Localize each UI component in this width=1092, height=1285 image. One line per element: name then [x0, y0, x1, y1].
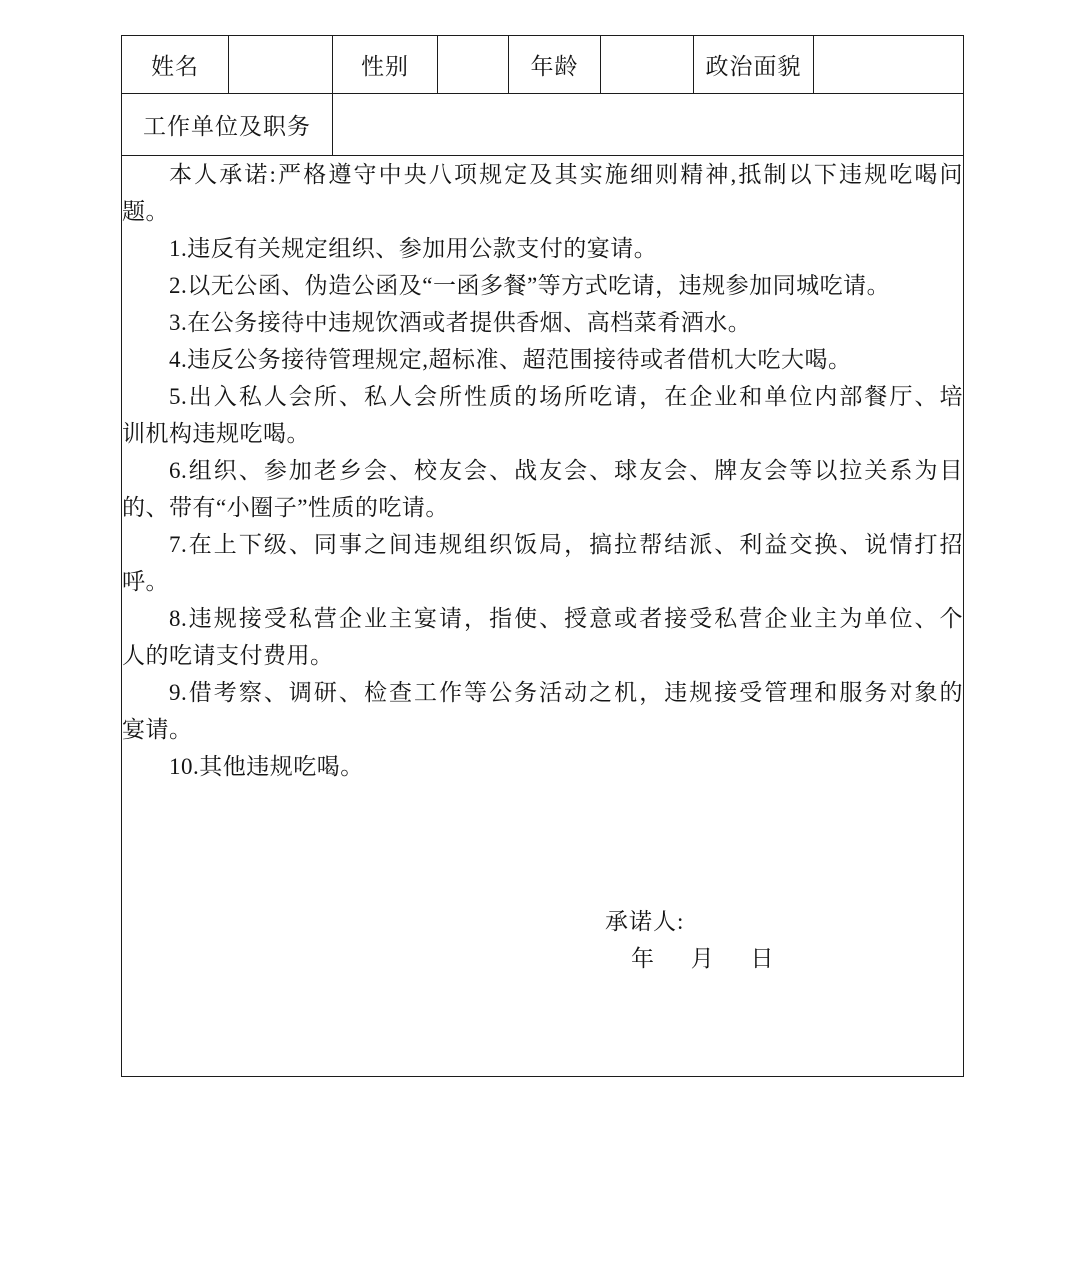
commitment-line: 本人承诺:严格遵守中央八项规定及其实施细则精神,抵制以下违规吃喝问	[122, 156, 963, 193]
commitment-line: 5.出入私人会所、私人会所性质的场所吃请，在企业和单位内部餐厅、培	[122, 378, 963, 415]
commitment-line: 2.以无公函、伪造公函及“一函多餐”等方式吃请，违规参加同城吃请。	[122, 267, 963, 304]
commitment-line: 训机构违规吃喝。	[122, 415, 963, 452]
age-label: 年龄	[509, 36, 601, 94]
gender-label: 性别	[333, 36, 438, 94]
info-table: 姓名 性别 年龄 政治面貌 工作单位及职务 本人承诺:严格遵守中央八项规定及其实…	[121, 35, 964, 1077]
commitment-line: 题。	[122, 193, 963, 230]
commitment-body-cell: 本人承诺:严格遵守中央八项规定及其实施细则精神,抵制以下违规吃喝问题。1.违反有…	[122, 156, 964, 1077]
political-status-label: 政治面貌	[694, 36, 814, 94]
commitment-line: 9.借考察、调研、检查工作等公务活动之机，违规接受管理和服务对象的	[122, 674, 963, 711]
work-unit-value-field[interactable]	[333, 94, 964, 156]
signature-block: 承诺人: 年 月 日	[122, 903, 963, 977]
date-line: 年 月 日	[122, 940, 963, 977]
name-value-field[interactable]	[229, 36, 333, 94]
day-label: 日	[751, 946, 774, 971]
table-row: 姓名 性别 年龄 政治面貌	[122, 36, 964, 94]
month-label: 月	[691, 946, 714, 971]
commitment-line: 3.在公务接待中违规饮酒或者提供香烟、高档菜肴酒水。	[122, 304, 963, 341]
commitment-line: 8.违规接受私营企业主宴请，指使、授意或者接受私营企业主为单位、个	[122, 600, 963, 637]
commitment-line: 6.组织、参加老乡会、校友会、战友会、球友会、牌友会等以拉关系为目	[122, 452, 963, 489]
commitment-form-page: 姓名 性别 年龄 政治面貌 工作单位及职务 本人承诺:严格遵守中央八项规定及其实…	[0, 0, 1092, 1285]
commitment-line: 呼。	[122, 563, 963, 600]
commitment-text: 本人承诺:严格遵守中央八项规定及其实施细则精神,抵制以下违规吃喝问题。1.违反有…	[122, 156, 963, 785]
commitment-line: 宴请。	[122, 711, 963, 748]
promisor-label: 承诺人:	[605, 909, 684, 934]
table-row: 工作单位及职务	[122, 94, 964, 156]
promisor-line: 承诺人:	[122, 903, 963, 940]
political-status-value-field[interactable]	[814, 36, 964, 94]
gender-value-field[interactable]	[438, 36, 509, 94]
name-label: 姓名	[122, 36, 229, 94]
commitment-line: 人的吃请支付费用。	[122, 637, 963, 674]
commitment-line: 1.违反有关规定组织、参加用公款支付的宴请。	[122, 230, 963, 267]
commitment-line: 10.其他违规吃喝。	[122, 748, 963, 785]
year-label: 年	[631, 946, 654, 971]
table-row: 本人承诺:严格遵守中央八项规定及其实施细则精神,抵制以下违规吃喝问题。1.违反有…	[122, 156, 964, 1077]
commitment-line: 的、带有“小圈子”性质的吃请。	[122, 489, 963, 526]
age-value-field[interactable]	[601, 36, 694, 94]
commitment-line: 7.在上下级、同事之间违规组织饭局，搞拉帮结派、利益交换、说情打招	[122, 526, 963, 563]
work-unit-label: 工作单位及职务	[122, 94, 333, 156]
commitment-line: 4.违反公务接待管理规定,超标准、超范围接待或者借机大吃大喝。	[122, 341, 963, 378]
